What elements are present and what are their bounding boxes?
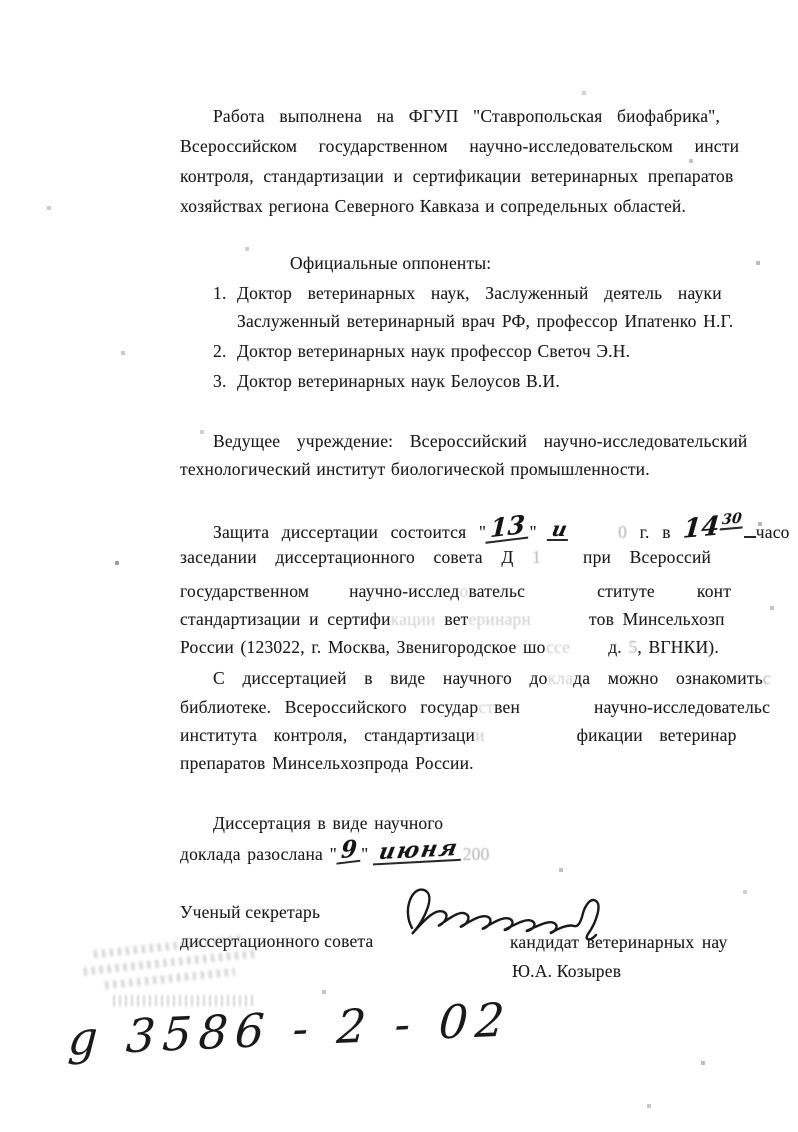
familiarize-line-2: библиотеке. Всероссийского государственн… xyxy=(180,697,770,718)
defense-line-3-a: государственном xyxy=(180,581,309,601)
familiarize-line-2-a: библиотеке. Всероссийского государ xyxy=(180,697,478,717)
defense-line-3-c: вательс xyxy=(468,581,525,601)
handwritten-hour: 14 xyxy=(682,511,721,545)
opponent-1-line-2: Заслуженный ветеринарный врач РФ, профес… xyxy=(237,311,733,332)
intro-line-1: Работа выполнена на ФГУП "Ставропольская… xyxy=(213,106,720,127)
defense-line-5-a: России (123022, г. Москва, Звенигородско… xyxy=(180,637,546,657)
familiarize-line-2-c: научно-исследовательс xyxy=(594,697,770,717)
intro-line-2: Всероссийском государственном научно-исс… xyxy=(180,136,739,157)
familiarize-line-3-a: института контроля, стандартизаци xyxy=(180,725,475,745)
familiarize-line-2-b: вен xyxy=(494,697,520,717)
defense-line-2-text: заседании диссертационного совета Д xyxy=(180,547,514,567)
handwritten-minutes: 30 xyxy=(719,511,744,531)
secretary-name: Ю.А. Козырев xyxy=(512,961,621,982)
defense-line-2: заседании диссертационного совета Д 1при… xyxy=(180,547,711,568)
defense-line-3-b: научно-исслед xyxy=(349,581,459,601)
defense-line-3: государственномнаучно-исследовательсстит… xyxy=(180,581,731,602)
faded-letter: о xyxy=(460,581,469,601)
faded-house-number: 5 xyxy=(628,637,637,657)
opponent-3-number: 3. xyxy=(213,371,227,392)
handwritten-time: 1430 xyxy=(682,511,745,543)
defense-line-3-e: конт xyxy=(697,581,731,601)
defense-line-3-d: ституте xyxy=(597,581,655,601)
leading-org-line-2: технологический институт биологической п… xyxy=(180,459,650,480)
defense-line-5: России (123022, г. Москва, Звенигородско… xyxy=(180,637,719,658)
defense-line-1-end: часо xyxy=(756,522,790,542)
handwritten-month-start: и xyxy=(547,519,572,541)
handwritten-mail-day: 9 xyxy=(336,836,361,864)
opponent-2-number: 2. xyxy=(213,341,227,362)
opponents-heading: Официальные оппоненты: xyxy=(290,253,491,274)
familiarize-line-1-b: да можно ознакомить xyxy=(573,668,763,688)
defense-line-1-mid: г. в xyxy=(640,522,671,542)
intro-line-4: хозяйствах региона Северного Кавказа и с… xyxy=(180,196,686,217)
familiarize-line-4: препаратов Минсельхозпрода России. xyxy=(180,753,474,774)
mailed-line-2: доклада разослана "9" июня200 xyxy=(180,841,490,866)
familiarize-line-3: института контроля, стандартизациификаци… xyxy=(180,725,737,746)
scan-noise xyxy=(0,0,2,2)
defense-line-4-b: вет xyxy=(444,609,468,629)
defense-line-1-text: Защита диссертации состоится xyxy=(213,522,466,542)
faded-council-number: 1 xyxy=(532,547,541,567)
defense-line-1: Защита диссертации состоится "13" и0 г. … xyxy=(213,517,790,544)
intro-line-3: контроля, стандартизации и сертификации … xyxy=(180,166,733,187)
faded-year: 200 xyxy=(463,844,490,864)
familiarize-line-1: С диссертацией в виде научного доклада м… xyxy=(213,668,771,689)
faded-letter: с xyxy=(763,668,771,688)
mailed-line-2-text: доклада разослана xyxy=(180,844,323,864)
mailed-line-1: Диссертация в виде научного xyxy=(213,813,443,834)
leading-org-line-1: Ведущее учреждение: Всероссийский научно… xyxy=(213,431,747,452)
secretary-title-line-1: Ученый секретарь xyxy=(180,902,320,923)
defense-line-5-c: , ВГНКИ). xyxy=(637,637,719,657)
faded-text: кации xyxy=(391,609,436,629)
faded-text: ссе xyxy=(546,637,570,657)
faded-text: ст xyxy=(478,697,494,717)
opponent-2-text: Доктор ветеринарных наук профессор Свето… xyxy=(237,341,630,362)
defense-line-4-c: тов Минсельхозп xyxy=(589,609,725,629)
opponent-1-line-1: Доктор ветеринарных наук, Заслуженный де… xyxy=(237,283,722,304)
signature xyxy=(398,876,623,949)
handwritten-day: 13 xyxy=(486,511,530,544)
faded-text: еринарн xyxy=(469,609,532,629)
opponent-3-text: Доктор ветеринарных наук Белоусов В.И. xyxy=(237,371,560,392)
defense-line-4: стандартизации и сертификации ветеринарн… xyxy=(180,609,725,630)
opponent-1-number: 1. xyxy=(213,283,227,304)
scanned-document-page: Работа выполнена на ФГУП "Ставропольская… xyxy=(0,0,798,1132)
familiarize-line-3-b: фикации ветеринар xyxy=(577,725,737,745)
faded-text: кла xyxy=(548,668,574,688)
familiarize-line-1-a: С диссертацией в виде научного до xyxy=(213,668,548,688)
underline-stroke xyxy=(744,522,756,538)
close-quote: " xyxy=(529,522,536,542)
signature-scrawl xyxy=(398,876,623,944)
defense-line-2-end: при Всероссий xyxy=(583,547,711,567)
faded-year-digit: 0 xyxy=(618,522,627,542)
handwritten-mail-month: июня xyxy=(373,837,465,866)
close-quote: " xyxy=(361,844,368,864)
defense-line-5-b: д. xyxy=(608,637,622,657)
defense-line-4-a: стандартизации и сертифи xyxy=(180,609,391,629)
faded-letter: и xyxy=(475,725,485,745)
